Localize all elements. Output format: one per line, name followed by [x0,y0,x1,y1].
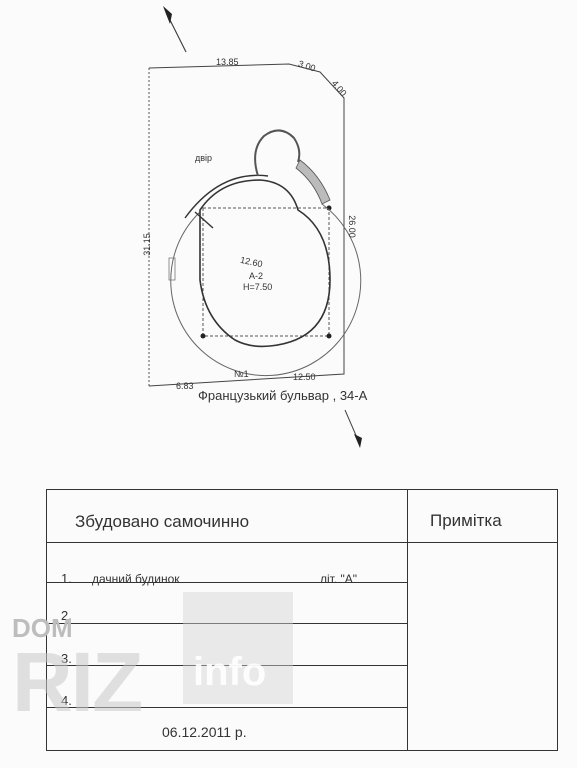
row-1-lit: літ. "А" [320,572,357,586]
date: 06.12.2011 р. [162,724,247,740]
building-height: Н=7.50 [243,283,272,292]
site-plan: 13.85 3.00 4.00 31.15 26.00 6.83 12.50 д… [0,0,577,470]
dimension-bottom-right: 12.50 [293,373,316,382]
row-line [47,582,407,583]
watermark-box [183,592,293,704]
dimension-left: 31.15 [143,233,152,256]
unauthorized-construction-table: Збудовано самочинно Примітка 1. дачний б… [46,489,558,751]
row-1-number: 1. [61,571,72,586]
address: Французький бульвар , 34-А [198,388,367,403]
plot-number: №1 [234,370,249,379]
row-line [47,707,407,708]
arrow-icon [163,6,186,52]
dimension-right: 26.00 [347,215,356,238]
yard-label: двір [195,154,212,163]
header-note: Примітка [430,511,502,531]
dimension-bottom-left: 6.83 [176,382,194,391]
row-3-number: 3. [61,651,72,666]
row-2-number: 2. [61,608,72,623]
arrow-icon [345,410,362,448]
header-divider [47,542,557,543]
row-1-name: дачний будинок [92,572,180,586]
column-divider [407,490,408,750]
building-letter: А-2 [249,272,263,281]
dimension-top: 13.85 [216,58,239,67]
row-4-number: 4. [61,693,72,708]
header-built-unauthorized: Збудовано самочинно [75,512,249,532]
